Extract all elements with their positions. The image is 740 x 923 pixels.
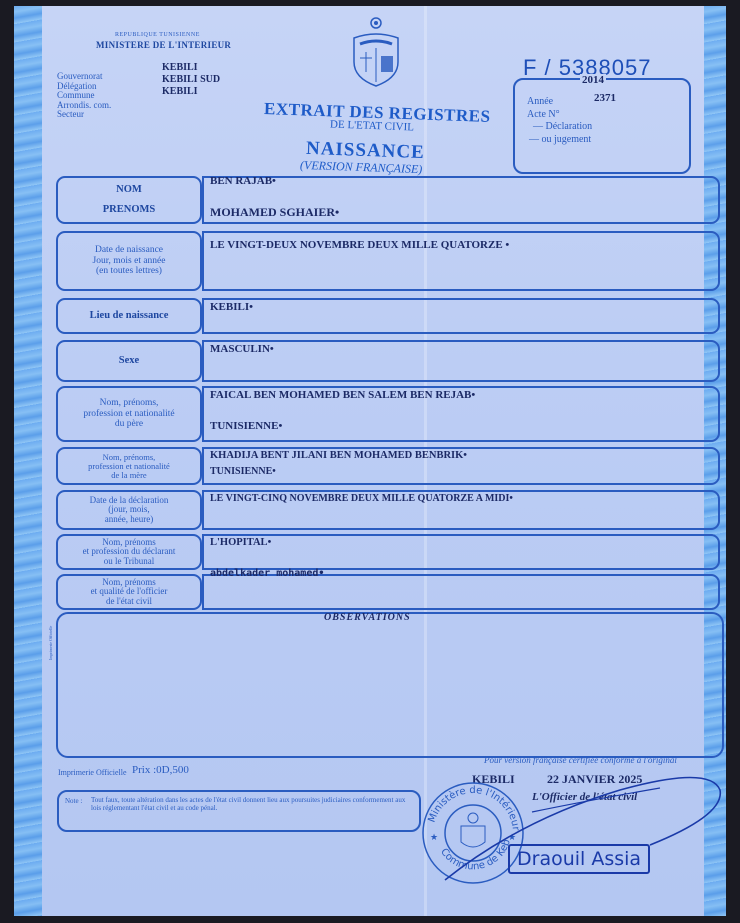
row-label: Date de naissance Jour, mois et année (e… [56,231,202,291]
row-father: Nom, prénoms, profession et nationalité … [56,386,720,442]
act-info-labels: Année Acte N° — Déclaration — ou jugemen… [527,96,592,146]
security-border-left [14,6,42,916]
value-mother-name: KHADIJA BENT JILANI BEN MOHAMED BENBRIK• [210,450,467,461]
label-jugement: — ou jugement [527,134,592,147]
row-mother: Nom, prénoms, profession et nationalité … [56,447,720,485]
row-value: FAICAL BEN MOHAMED BEN SALEM BEN REJAB• … [202,386,720,442]
value-given-names: MOHAMED SGHAIER• [210,205,339,220]
label-name: NOM PRENOMS [103,180,156,220]
observations-box: OBSERVATIONS [56,612,724,758]
value-father-name: FAICAL BEN MOHAMED BEN SALEM BEN REJAB• [210,389,475,401]
row-label: Sexe [56,340,202,382]
value-birth-place: KEBILI• [210,301,253,313]
label-declarant: Nom, prénoms et profession du déclarant … [83,538,176,567]
row-label: Date de la déclaration (jour, mois, anné… [56,490,202,530]
row-sex: Sexe MASCULIN• [56,340,720,382]
label-birth-place: Lieu de naissance [90,311,169,322]
legal-note-box: Note : Tout faux, toute altération dans … [57,790,421,832]
value-commune: KEBILI [162,86,220,98]
row-label: Lieu de naissance [56,298,202,334]
admin-field-labels: Gouvernorat Délégation Commune Arrondis.… [57,72,111,120]
row-label: Nom, prénoms, profession et nationalité … [56,386,202,442]
value-father-nationality: TUNISIENNE• [210,420,282,432]
row-label: Nom, prénoms et profession du déclarant … [56,534,202,570]
value-declaration-date: LE VINGT-CINQ NOVEMBRE DEUX MILLE QUATOR… [210,493,513,504]
note-text: Tout faux, toute altération dans les act… [91,796,415,812]
row-value: MASCULIN• [202,340,720,382]
signatory-name-stamp: Draouil Assia [508,844,650,874]
value-officer: abdelkader mohamed• [210,568,324,579]
row-value: abdelkader mohamed• [202,574,720,610]
act-number-value: 2371 [594,92,616,104]
note-label: Note : [65,797,82,805]
admin-field-values: KEBILI KEBILI SUD KEBILI [162,62,220,98]
label-declaration-date: Date de la déclaration (jour, mois, anné… [90,496,169,525]
label-mother: Nom, prénoms, profession et nationalité … [88,453,170,480]
value-birth-date: LE VINGT-DEUX NOVEMBRE DEUX MILLE QUATOR… [210,239,509,251]
printer-name: Imprimerie Officielle [58,768,127,777]
label-birth-date: Date de naissance Jour, mois et année (e… [93,245,166,277]
republic-heading: REPUBLIQUE TUNISIENNE [115,32,200,38]
row-value: LE VINGT-CINQ NOVEMBRE DEUX MILLE QUATOR… [202,490,720,530]
label-declaration: — Déclaration [527,121,592,134]
act-year-value: 2014 [580,74,606,86]
row-declarant: Nom, prénoms et profession du déclarant … [56,534,720,570]
value-gouvernorat: KEBILI [162,62,220,74]
label-secteur: Secteur [57,110,111,120]
observations-title: OBSERVATIONS [324,612,411,623]
printer-side-note: Imprimerie Officielle [48,626,53,660]
value-mother-nationality: TUNISIENNE• [210,466,276,477]
value-delegation: KEBILI SUD [162,74,220,86]
certification-text: Pour version française certifiée conform… [484,755,677,765]
price: Prix :0D,500 [132,764,189,776]
value-declarant: L'HOPITAL• [210,537,271,548]
label-father: Nom, prénoms, profession et nationalité … [83,398,174,430]
row-value: LE VINGT-DEUX NOVEMBRE DEUX MILLE QUATOR… [202,231,720,291]
row-declaration-date: Date de la déclaration (jour, mois, anné… [56,490,720,530]
label-officer: Nom, prénoms et qualité de l'officier de… [91,578,168,607]
row-officer: Nom, prénoms et qualité de l'officier de… [56,574,720,610]
svg-text:★: ★ [430,832,438,842]
label-annee: Année [527,96,592,109]
tunisia-coat-of-arms-icon [346,16,406,88]
value-sex: MASCULIN• [210,343,274,355]
row-label: Nom, prénoms, profession et nationalité … [56,447,202,485]
row-name: NOM PRENOMS BEN RAJAB• MOHAMED SGHAIER• [56,176,720,224]
row-value: KHADIJA BENT JILANI BEN MOHAMED BENBRIK•… [202,447,720,485]
row-birth-date: Date de naissance Jour, mois et année (e… [56,231,720,291]
value-surname: BEN RAJAB• [210,175,276,187]
label-acte-no: Acte N° [527,109,592,122]
row-value: KEBILI• [202,298,720,334]
label-sex: Sexe [119,356,139,367]
row-birth-place: Lieu de naissance KEBILI• [56,298,720,334]
row-value: L'HOPITAL• [202,534,720,570]
row-label: NOM PRENOMS [56,176,202,224]
row-label: Nom, prénoms et qualité de l'officier de… [56,574,202,610]
ministry-heading: MINISTERE DE L'INTERIEUR [96,40,231,50]
row-value: BEN RAJAB• MOHAMED SGHAIER• [202,176,720,224]
